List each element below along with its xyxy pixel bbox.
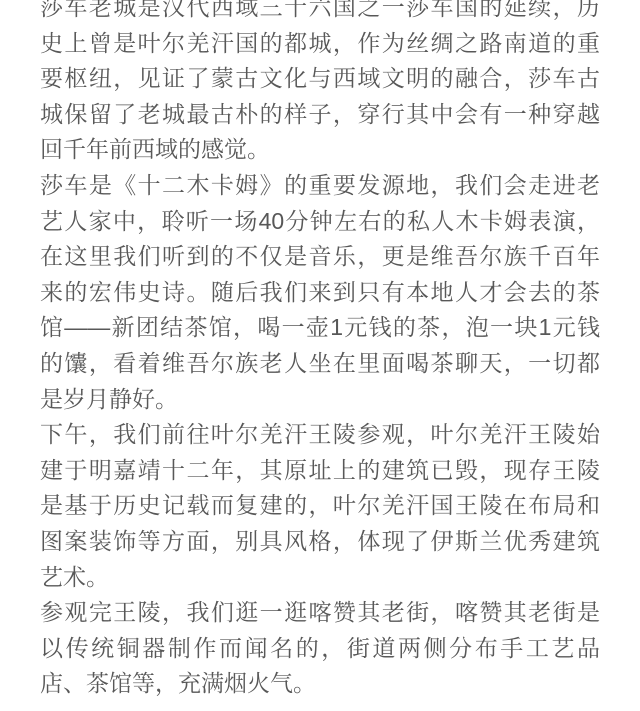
text-line: 的馕，看着维吾尔族老人坐在里面喝茶聊天，一切都: [40, 346, 600, 382]
text-line: 以传统铜器制作而闻名的，街道两侧分布手工艺品: [40, 631, 600, 667]
text-line: 参观完王陵，我们逛一逛喀赞其老街，喀赞其老街是: [40, 595, 600, 631]
text-line: 回千年前西域的感觉。: [40, 132, 600, 168]
text-line: 店、茶馆等，充满烟火气。: [40, 666, 600, 702]
text-line: 史上曾是叶尔羌汗国的都城，作为丝绸之路南道的重: [40, 26, 600, 62]
text-line: 要枢纽，见证了蒙古文化与西域文明的融合，莎车古: [40, 61, 600, 97]
text-line: 下午，我们前往叶尔羌汗王陵参观，叶尔羌汗王陵始: [40, 417, 600, 453]
text-line: 莎车是《十二木卡姆》的重要发源地，我们会走进老: [40, 168, 600, 204]
text-line: 在这里我们听到的不仅是音乐，更是维吾尔族千百年: [40, 239, 600, 275]
text-line: 莎车老城是汉代西域三十六国之一莎车国的延续，历: [40, 0, 600, 26]
text-line: 是岁月静好。: [40, 382, 600, 418]
text-line: 馆——新团结茶馆，喝一壶1元钱的茶，泡一块1元钱: [40, 310, 600, 346]
text-line: 来的宏伟史诗。随后我们来到只有本地人才会去的茶: [40, 275, 600, 311]
article-text: 莎车老城是汉代西域三十六国之一莎车国的延续，历 史上曾是叶尔羌汗国的都城，作为丝…: [40, 0, 600, 702]
text-line: 图案装饰等方面，别具风格，体现了伊斯兰优秀建筑: [40, 524, 600, 560]
text-line: 是基于历史记载而复建的，叶尔羌汗国王陵在布局和: [40, 488, 600, 524]
text-line: 建于明嘉靖十二年，其原址上的建筑已毁，现存王陵: [40, 453, 600, 489]
text-line: 艺术。: [40, 560, 600, 596]
text-line: 艺人家中，聆听一场40分钟左右的私人木卡姆表演，: [40, 204, 600, 240]
text-line: 城保留了老城最古朴的样子，穿行其中会有一种穿越: [40, 97, 600, 133]
